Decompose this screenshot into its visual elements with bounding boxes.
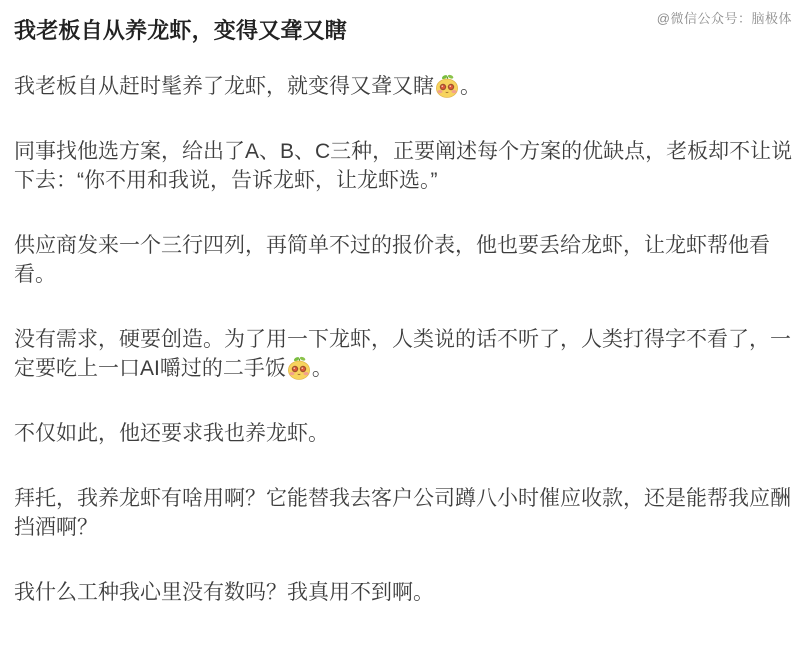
sprout-blush-face-emoji: [287, 356, 311, 380]
paragraph-text: 。: [460, 75, 481, 98]
article-body: 我老板自从养龙虾，变得又聋又瞎 我老板自从赶时髦养了龙虾，就变得又聋又瞎。 同事…: [0, 0, 805, 643]
paragraph-text: 。: [312, 357, 333, 380]
paragraph: 拜托，我养龙虾有啥用啊？它能替我去客户公司蹲八小时催应收款，还是能帮我应酬挡酒啊…: [14, 484, 794, 542]
article-title: 我老板自从养龙虾，变得又聋又瞎: [14, 16, 794, 46]
paragraph-text: 没有需求，硬要创造。为了用一下龙虾，人类说的话不听了，人类打得字不看了，一定要吃…: [14, 328, 791, 380]
paragraph: 同事找他选方案，给出了A、B、C三种，正要阐述每个方案的优缺点，老板却不让说下去…: [14, 137, 794, 195]
article-page: @微信公众号：脑极体 我老板自从养龙虾，变得又聋又瞎 我老板自从赶时髦养了龙虾，…: [0, 0, 805, 649]
paragraph: 我什么工种我心里没有数吗？我真用不到啊。: [14, 578, 794, 607]
paragraph: 不仅如此，他还要求我也养龙虾。: [14, 419, 794, 448]
paragraph-text: 我老板自从赶时髦养了龙虾，就变得又聋又瞎: [14, 75, 434, 98]
sprout-blush-face-emoji: [435, 74, 459, 98]
paragraph: 我老板自从赶时髦养了龙虾，就变得又聋又瞎。: [14, 72, 794, 101]
paragraph: 供应商发来一个三行四列，再简单不过的报价表，他也要丢给龙虾，让龙虾帮他看看。: [14, 231, 794, 289]
paragraph: 没有需求，硬要创造。为了用一下龙虾，人类说的话不听了，人类打得字不看了，一定要吃…: [14, 325, 794, 383]
